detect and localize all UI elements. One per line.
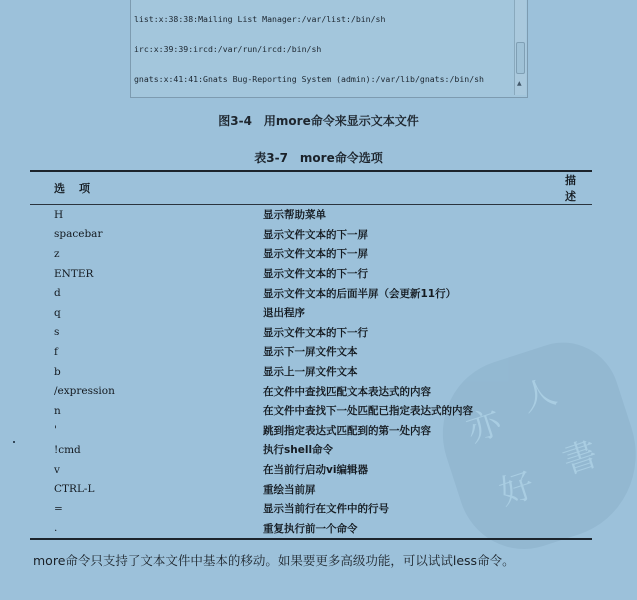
scan-speck: [13, 441, 15, 443]
option-cell: !cmd: [30, 440, 263, 460]
table-row: !cmd执行shell命令: [30, 440, 592, 460]
figure-caption: 图3-4 用more命令来显示文本文件: [0, 112, 637, 129]
table-row: ENTER显示文件文本的下一行: [30, 264, 592, 284]
scroll-down-arrow-icon[interactable]: ▲: [517, 80, 522, 87]
terminal-scrollbar[interactable]: ▲: [514, 0, 526, 95]
header-description: 描述: [263, 171, 592, 205]
table-row: H显示帮助菜单: [30, 205, 592, 225]
description-cell: 执行shell命令: [263, 440, 592, 460]
scrollbar-thumb[interactable]: [516, 42, 525, 74]
body-paragraph: more命令只支持了文本文件中基本的移动。如果要更多高级功能，可以试试less命…: [33, 551, 633, 569]
table-row: =显示当前行在文件中的行号: [30, 499, 592, 519]
description-cell: 重绘当前屏: [263, 479, 592, 499]
table-row: n在文件中查找下一处匹配已指定表达式的内容: [30, 401, 592, 421]
table-row: b显示上一屏文件文本: [30, 362, 592, 382]
option-cell: d: [30, 283, 263, 303]
description-cell: 显示文件文本的下一行: [263, 323, 592, 343]
table-row: CTRL-L重绘当前屏: [30, 479, 592, 499]
option-cell: .: [30, 519, 263, 540]
option-cell: f: [30, 342, 263, 362]
description-cell: 显示上一屏文件文本: [263, 362, 592, 382]
table-row: q退出程序: [30, 303, 592, 323]
table-row: /expression在文件中查找匹配文本表达式的内容: [30, 381, 592, 401]
option-cell: q: [30, 303, 263, 323]
option-cell: ENTER: [30, 264, 263, 284]
more-options-table: 选项 描述 H显示帮助菜单 spacebar显示文件文本的下一屏 z显示文件文本…: [30, 170, 592, 540]
terminal-line: gnats:x:41:41:Gnats Bug-Reporting System…: [134, 74, 513, 84]
description-cell: 显示当前行在文件中的行号: [263, 499, 592, 519]
description-cell: 重复执行前一个命令: [263, 519, 592, 540]
table-row: v在当前行启动vi编辑器: [30, 460, 592, 480]
table-row: d显示文件文本的后面半屏（会更新11行）: [30, 283, 592, 303]
option-cell: b: [30, 362, 263, 382]
description-cell: 显示帮助菜单: [263, 205, 592, 225]
description-cell: 显示下一屏文件文本: [263, 342, 592, 362]
option-cell: v: [30, 460, 263, 480]
terminal-line: irc:x:39:39:ircd:/var/run/ircd:/bin/sh: [134, 44, 513, 54]
option-cell: CTRL-L: [30, 479, 263, 499]
option-cell: /expression: [30, 381, 263, 401]
table-title: 表3-7 more命令选项: [0, 149, 637, 166]
description-cell: 显示文件文本的下一屏: [263, 244, 592, 264]
header-option: 选项: [30, 171, 263, 205]
table-row: spacebar显示文件文本的下一屏: [30, 225, 592, 245]
terminal-output: list:x:38:38:Mailing List Manager:/var/l…: [134, 0, 513, 98]
description-cell: 在文件中查找匹配文本表达式的内容: [263, 381, 592, 401]
option-cell: H: [30, 205, 263, 225]
terminal-line: list:x:38:38:Mailing List Manager:/var/l…: [134, 14, 513, 24]
table-row: s显示文件文本的下一行: [30, 323, 592, 343]
table-row: z显示文件文本的下一屏: [30, 244, 592, 264]
table-row: .重复执行前一个命令: [30, 519, 592, 540]
option-cell: s: [30, 323, 263, 343]
description-cell: 显示文件文本的下一屏: [263, 225, 592, 245]
option-cell: spacebar: [30, 225, 263, 245]
terminal-screenshot: list:x:38:38:Mailing List Manager:/var/l…: [130, 0, 528, 98]
description-cell: 在当前行启动vi编辑器: [263, 460, 592, 480]
description-cell: 显示文件文本的下一行: [263, 264, 592, 284]
description-cell: 跳到指定表达式匹配到的第一处内容: [263, 421, 592, 441]
option-cell: =: [30, 499, 263, 519]
table-row: '跳到指定表达式匹配到的第一处内容: [30, 421, 592, 441]
description-cell: 退出程序: [263, 303, 592, 323]
table-row: f显示下一屏文件文本: [30, 342, 592, 362]
description-cell: 在文件中查找下一处匹配已指定表达式的内容: [263, 401, 592, 421]
option-cell: z: [30, 244, 263, 264]
option-cell: ': [30, 421, 263, 441]
option-cell: n: [30, 401, 263, 421]
description-cell: 显示文件文本的后面半屏（会更新11行）: [263, 283, 592, 303]
